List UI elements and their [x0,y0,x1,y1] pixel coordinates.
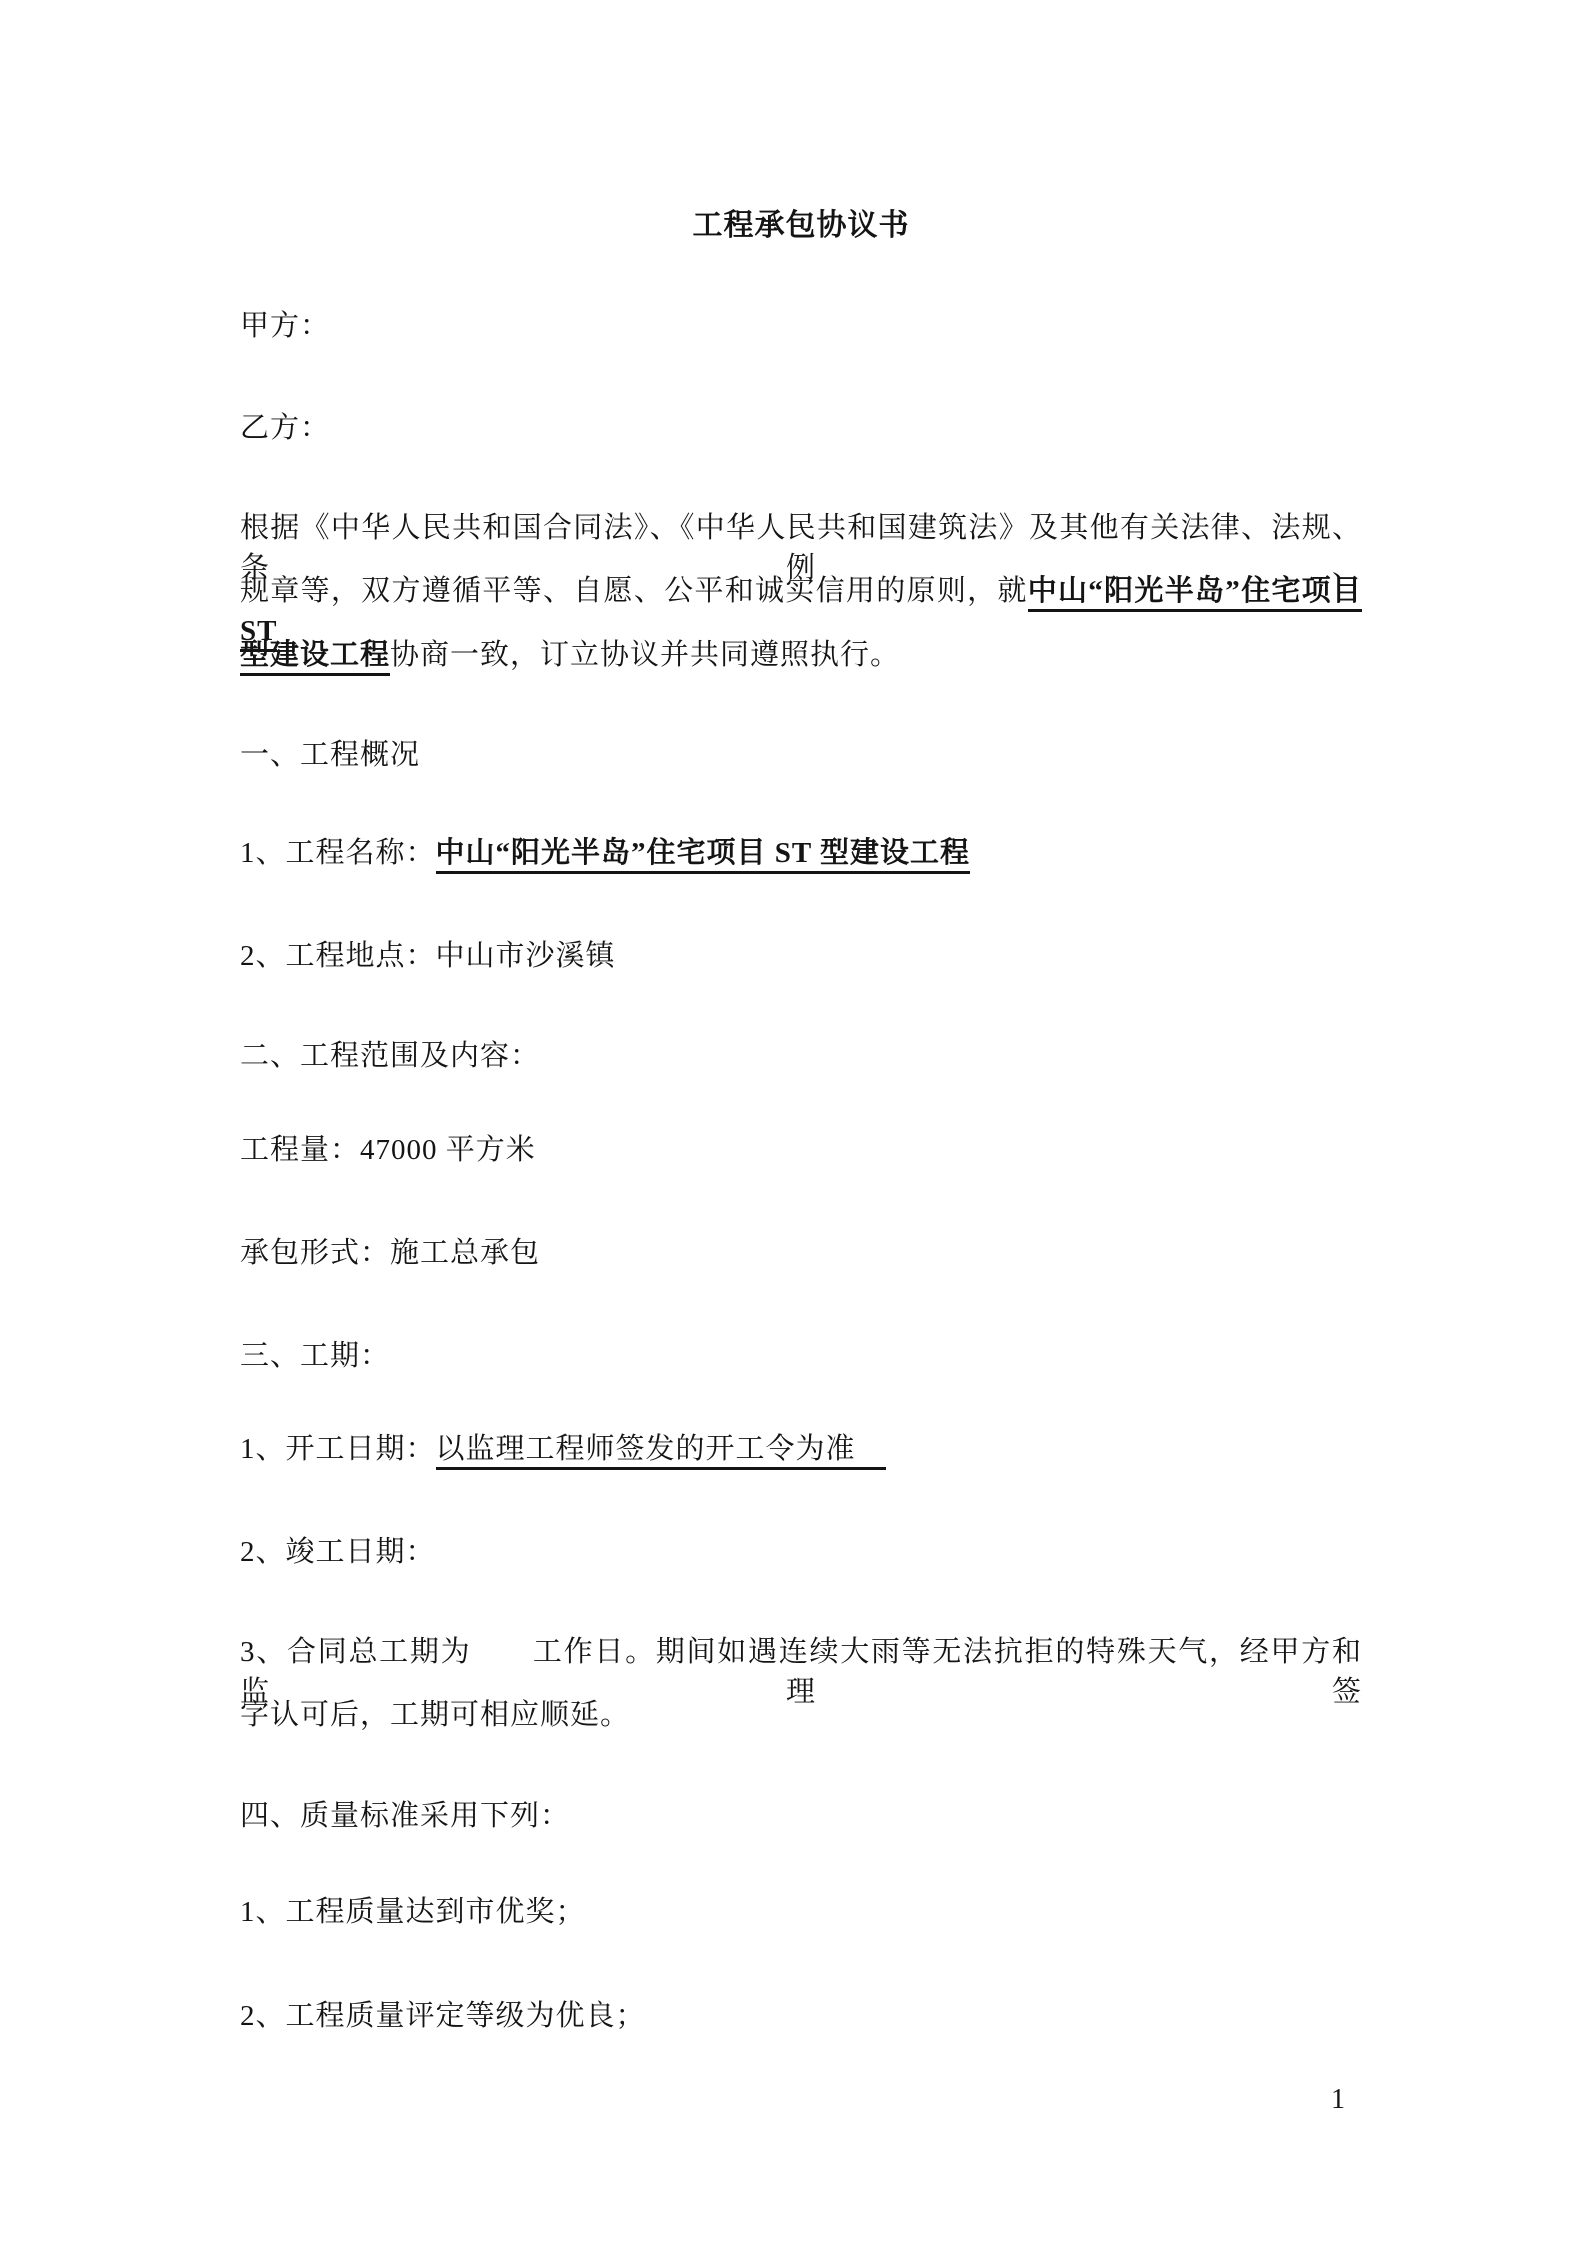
project-name-line: 1、工程名称：中山“阳光半岛”住宅项目 ST 型建设工程 [240,833,1362,873]
project-location-line: 2、工程地点：中山市沙溪镇 [240,936,1362,976]
project-name-value: 中山“阳光半岛”住宅项目 ST 型建设工程 [436,837,970,874]
start-date-line: 1、开工日期：以监理工程师签发的开工令为准 [240,1429,1362,1469]
total-duration-text-2: 字认可后，工期可相应顺延。 [240,1699,630,1731]
section3-heading-text: 三、工期： [240,1340,390,1372]
page-number: 1 [240,2080,1346,2120]
section3-heading: 三、工期： [240,1336,1362,1376]
section4-heading-text: 四、质量标准采用下列： [240,1800,570,1832]
contract-form-text: 承包形式：施工总承包 [240,1237,540,1269]
section2-heading: 二、工程范围及内容： [240,1036,1362,1076]
contract-form-line: 承包形式：施工总承包 [240,1233,1362,1273]
quality-item-2-line: 2、工程质量评定等级为优良； [240,1996,1362,2036]
quality-item-1-text: 1、工程质量达到市优奖； [240,1896,586,1928]
quality-item-1-line: 1、工程质量达到市优奖； [240,1892,1362,1932]
project-name-emphasis-part2: 型建设工程 [240,639,390,676]
contract-document-page: 工程承包协议书 甲方： 乙方： 根据《中华人民共和国合同法》、《中华人民共和国建… [0,0,1586,2244]
quality-item-2-text: 2、工程质量评定等级为优良； [240,2000,646,2032]
section4-heading: 四、质量标准采用下列： [240,1796,1362,1836]
start-date-label: 1、开工日期： [240,1433,436,1465]
project-quantity-text: 工程量：47000 平方米 [240,1134,536,1166]
party-b-line: 乙方： [240,408,1362,448]
preamble-line-3: 型建设工程协商一致，订立协议并共同遵照执行。 [240,635,1362,675]
section1-heading: 一、工程概况 [240,735,1362,775]
preamble-line-3-text: 协商一致，订立协议并共同遵照执行。 [390,639,900,671]
project-location-text: 2、工程地点：中山市沙溪镇 [240,940,616,972]
preamble-line-2-text: 规章等，双方遵循平等、自愿、公平和诚实信用的原则，就 [240,575,1028,607]
section1-heading-text: 一、工程概况 [240,739,420,771]
start-date-value: 以监理工程师签发的开工令为准 [436,1433,886,1470]
section2-heading-text: 二、工程范围及内容： [240,1040,540,1072]
project-quantity-line: 工程量：47000 平方米 [240,1130,1362,1170]
party-a-label: 甲方： [240,310,330,342]
party-b-label: 乙方： [240,412,330,444]
completion-date-line: 2、竣工日期： [240,1532,1362,1572]
page-title: 工程承包协议书 [240,206,1362,246]
completion-date-label: 2、竣工日期： [240,1536,436,1568]
total-duration-line-2: 字认可后，工期可相应顺延。 [240,1695,1362,1735]
project-name-label: 1、工程名称： [240,837,436,869]
party-a-line: 甲方： [240,306,1362,346]
